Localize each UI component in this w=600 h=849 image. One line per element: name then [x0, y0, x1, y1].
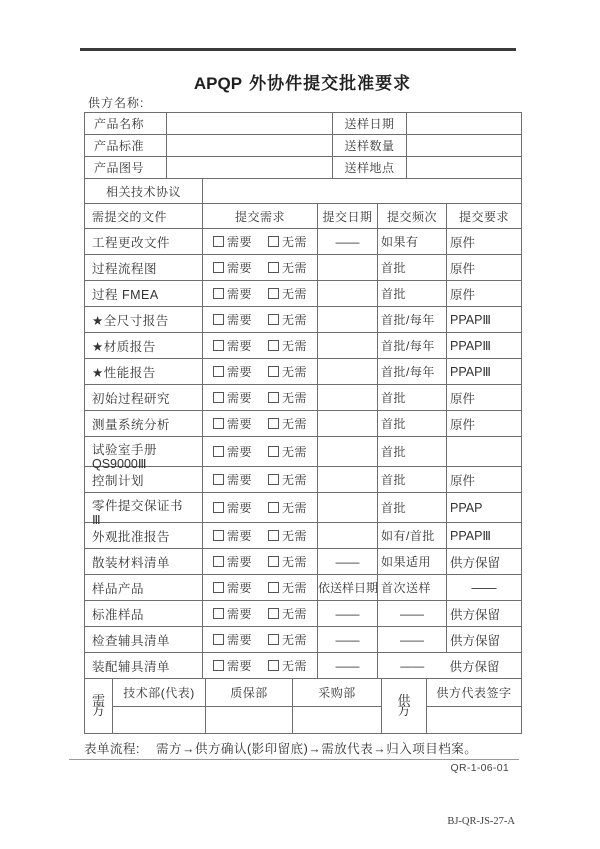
no-need-option[interactable]: 无需 — [268, 287, 307, 301]
submit-date-cell: —— — [318, 549, 378, 575]
qa-dept-label: 质保部 — [206, 679, 293, 707]
submit-date-cell — [318, 333, 378, 359]
document-name-cell: 试验室手册 QS9000Ⅲ — [85, 437, 203, 467]
submit-date-cell — [318, 307, 378, 333]
checkbox-icon[interactable] — [213, 582, 224, 593]
product-drawing-label: 产品图号 — [85, 157, 167, 179]
document-name-cell: 零件提交保证书 Ⅲ — [85, 493, 203, 523]
document-name: 测量系统分析 — [92, 418, 170, 432]
need-label: 需要 — [227, 261, 252, 275]
need-checkbox-cell: 需要无需 — [203, 601, 318, 627]
document-name: ★材质报告 — [92, 340, 156, 354]
document-name: 初始过程研究 — [92, 392, 170, 406]
form-page: APQP外协件提交批准要求 供方名称: 产品名称 送样日期 产品标准 送样数量 … — [0, 0, 600, 849]
submit-requirement-cell: 供方保留 — [447, 601, 522, 627]
document-name: 控制计划 — [92, 474, 144, 488]
submit-requirement-cell: —— — [447, 575, 522, 601]
document-name: 工程更改文件 — [92, 236, 170, 250]
submit-frequency-cell: 首批 — [378, 385, 447, 411]
submit-requirement-cell: 供方保留 — [447, 549, 522, 575]
supplier-signature-cell[interactable] — [427, 707, 522, 734]
document-name-cell: 控制计划 — [85, 467, 203, 493]
tech-dept-label: 技术部(代表) — [113, 679, 206, 707]
checkbox-icon[interactable] — [213, 502, 224, 513]
document-name-cell: 标准样品 — [85, 601, 203, 627]
need-label: 需要 — [227, 659, 252, 673]
document-name: ★全尺寸报告 — [92, 314, 169, 328]
document-name-cell: 散装材料清单 — [85, 549, 203, 575]
no-need-label: 无需 — [282, 555, 307, 569]
checkbox-icon[interactable] — [268, 366, 279, 377]
need-checkbox-cell: 需要无需 — [203, 229, 318, 255]
no-need-option[interactable]: 无需 — [268, 607, 307, 621]
submit-date-cell — [318, 255, 378, 281]
document-name: ★性能报告 — [92, 366, 156, 380]
checkbox-icon[interactable] — [213, 236, 224, 247]
submission-table-body: 工程更改文件 需要无需 —— 如果有 原件 过程流程图 需要无需 首批 原件 过… — [85, 229, 522, 679]
need-label: 需要 — [227, 391, 252, 405]
sample-qty-label: 送样数量 — [333, 135, 407, 157]
submit-requirement-cell: 原件 — [447, 255, 522, 281]
submit-frequency-cell: —— — [378, 601, 447, 627]
checkbox-icon[interactable] — [268, 418, 279, 429]
agreement-table: 相关技术协议 — [84, 178, 522, 204]
need-option[interactable]: 需要 — [213, 391, 252, 405]
need-checkbox-cell: 需要无需 — [203, 385, 318, 411]
no-need-label: 无需 — [282, 261, 307, 275]
document-name-cell: 装配辅具清单 — [85, 653, 203, 679]
checkbox-icon[interactable] — [213, 446, 224, 457]
need-option[interactable]: 需要 — [213, 339, 252, 353]
need-label: 需要 — [227, 313, 252, 327]
sample-qty-input[interactable] — [407, 135, 522, 157]
agreement-input[interactable] — [203, 179, 522, 204]
table-row: 装配辅具清单 需要无需 —— —— 供方保留 — [85, 653, 522, 679]
submit-requirement-cell — [447, 437, 522, 467]
apqp-label: APQP — [194, 74, 242, 93]
sample-date-label: 送样日期 — [333, 113, 407, 135]
need-checkbox-cell: 需要无需 — [203, 307, 318, 333]
form-body: 产品名称 送样日期 产品标准 送样数量 产品图号 送样地点 相关技 — [84, 112, 521, 734]
table-row: 零件提交保证书 Ⅲ 需要无需 首批 PPAP — [85, 493, 522, 523]
submit-date-cell — [318, 493, 378, 523]
document-name: 标准样品 — [92, 608, 144, 622]
checkbox-icon[interactable] — [268, 340, 279, 351]
no-need-option[interactable]: 无需 — [268, 417, 307, 431]
document-name: 外观批准报告 — [92, 530, 170, 544]
submit-requirement-cell: PPAPⅢ — [447, 359, 522, 385]
need-option[interactable]: 需要 — [213, 607, 252, 621]
doc-number: QR-1-06-01 — [69, 762, 509, 774]
no-need-label: 无需 — [282, 607, 307, 621]
product-name-input[interactable] — [167, 113, 333, 135]
need-option[interactable]: 需要 — [213, 529, 252, 543]
need-option[interactable]: 需要 — [213, 365, 252, 379]
document-name-cell: 测量系统分析 — [85, 411, 203, 437]
submit-frequency-cell: 首批 — [378, 255, 447, 281]
need-checkbox-cell: 需要无需 — [203, 575, 318, 601]
submit-requirement-cell: 原件 — [447, 229, 522, 255]
col-header-date: 提交日期 — [318, 204, 378, 229]
need-label: 需要 — [227, 365, 252, 379]
info-row: 产品图号 送样地点 — [85, 157, 522, 179]
flow-note-label: 表单流程: — [84, 742, 140, 756]
checkbox-icon[interactable] — [213, 366, 224, 377]
need-label: 需要 — [227, 235, 252, 249]
need-label: 需要 — [227, 607, 252, 621]
no-need-option[interactable]: 无需 — [268, 365, 307, 379]
need-label: 需要 — [227, 555, 252, 569]
no-need-option[interactable]: 无需 — [268, 581, 307, 595]
checkbox-icon[interactable] — [268, 502, 279, 513]
document-name-cell: 初始过程研究 — [85, 385, 203, 411]
need-option[interactable]: 需要 — [213, 287, 252, 301]
page-title: APQP外协件提交批准要求 — [84, 69, 521, 94]
no-need-label: 无需 — [282, 473, 307, 487]
table-row: ★全尺寸报告 需要无需 首批/每年 PPAPⅢ — [85, 307, 522, 333]
submit-date-cell: —— — [318, 653, 378, 679]
need-option[interactable]: 需要 — [213, 261, 252, 275]
need-checkbox-cell: 需要无需 — [203, 467, 318, 493]
signoff-signature-row — [85, 707, 522, 734]
checkbox-icon[interactable] — [213, 340, 224, 351]
submit-frequency-cell: 首批 — [378, 281, 447, 307]
document-name-cell: 过程流程图 — [85, 255, 203, 281]
need-label: 需要 — [227, 501, 252, 515]
checkbox-icon[interactable] — [213, 608, 224, 619]
no-need-option[interactable]: 无需 — [268, 659, 307, 673]
product-standard-input[interactable] — [167, 135, 333, 157]
checkbox-icon[interactable] — [268, 530, 279, 541]
need-checkbox-cell: 需要无需 — [203, 359, 318, 385]
supply-side-label: 供 方 — [382, 679, 427, 734]
need-checkbox-cell: 需要无需 — [203, 411, 318, 437]
info-table: 产品名称 送样日期 产品标准 送样数量 产品图号 送样地点 — [84, 112, 522, 179]
demand-side-char: 方 — [85, 706, 112, 716]
col-header-documents: 需提交的文件 — [85, 204, 203, 229]
no-need-option[interactable]: 无需 — [268, 445, 307, 459]
no-need-option[interactable]: 无需 — [268, 555, 307, 569]
need-label: 需要 — [227, 633, 252, 647]
checkbox-icon[interactable] — [213, 530, 224, 541]
no-need-label: 无需 — [282, 339, 307, 353]
submit-frequency-cell: 首批/每年 — [378, 333, 447, 359]
no-need-label: 无需 — [282, 235, 307, 249]
need-option[interactable]: 需要 — [213, 581, 252, 595]
need-checkbox-cell: 需要无需 — [203, 437, 318, 467]
signoff-header-row: 需 方 技术部(代表) 质保部 采购部 供 方 供方代表签字 — [85, 679, 522, 707]
form-code: BJ-QR-JS-27-A — [300, 816, 515, 827]
col-header-need: 提交需求 — [203, 204, 318, 229]
need-label: 需要 — [227, 529, 252, 543]
checkbox-icon[interactable] — [268, 262, 279, 273]
need-option[interactable]: 需要 — [213, 235, 252, 249]
need-option[interactable]: 需要 — [213, 417, 252, 431]
document-name: 样品产品 — [92, 582, 144, 596]
product-name-label: 产品名称 — [85, 113, 167, 135]
checkbox-icon[interactable] — [213, 634, 224, 645]
submit-date-cell — [318, 523, 378, 549]
table-row: 试验室手册 QS9000Ⅲ 需要无需 首批 — [85, 437, 522, 467]
submit-date-cell: —— — [318, 229, 378, 255]
info-row: 产品名称 送样日期 — [85, 113, 522, 135]
submit-frequency-cell: 首批 — [378, 467, 447, 493]
submit-date-cell — [318, 467, 378, 493]
checkbox-icon[interactable] — [268, 474, 279, 485]
document-name-cell: ★材质报告 — [85, 333, 203, 359]
no-need-option[interactable]: 无需 — [268, 391, 307, 405]
submit-frequency-cell: 首批 — [378, 411, 447, 437]
need-option[interactable]: 需要 — [213, 633, 252, 647]
document-name-cell: 外观批准报告 — [85, 523, 203, 549]
submit-date-cell: 依送样日期 — [318, 575, 378, 601]
document-name: 装配辅具清单 — [92, 660, 170, 674]
submit-requirement-cell: 供方保留 — [447, 627, 522, 653]
need-checkbox-cell: 需要无需 — [203, 255, 318, 281]
need-checkbox-cell: 需要无需 — [203, 653, 318, 679]
checkbox-icon[interactable] — [213, 418, 224, 429]
need-label: 需要 — [227, 473, 252, 487]
checkbox-icon[interactable] — [268, 392, 279, 403]
checkbox-icon[interactable] — [268, 236, 279, 247]
table-row: 标准样品 需要无需 —— —— 供方保留 — [85, 601, 522, 627]
supply-side-char: 方 — [382, 706, 426, 716]
no-need-label: 无需 — [282, 529, 307, 543]
submit-frequency-cell: —— — [378, 653, 447, 679]
need-checkbox-cell: 需要无需 — [203, 493, 318, 523]
need-checkbox-cell: 需要无需 — [203, 333, 318, 359]
product-drawing-input[interactable] — [167, 157, 333, 179]
document-name: 试验室手册 — [92, 440, 157, 458]
table-row: 外观批准报告 需要无需 如有/首批 PPAPⅢ — [85, 523, 522, 549]
document-name: 零件提交保证书 — [92, 496, 183, 514]
bottom-rule — [69, 759, 519, 760]
no-need-option[interactable]: 无需 — [268, 501, 307, 515]
need-checkbox-cell: 需要无需 — [203, 281, 318, 307]
checkbox-icon[interactable] — [268, 314, 279, 325]
no-need-option[interactable]: 无需 — [268, 339, 307, 353]
submit-requirement-cell: PPAPⅢ — [447, 307, 522, 333]
checkbox-icon[interactable] — [213, 660, 224, 671]
qa-dept-signature-cell[interactable] — [206, 707, 293, 734]
no-need-label: 无需 — [282, 391, 307, 405]
product-standard-label: 产品标准 — [85, 135, 167, 157]
submission-header-row: 需提交的文件 提交需求 提交日期 提交频次 提交要求 — [85, 204, 522, 229]
submission-table: 需提交的文件 提交需求 提交日期 提交频次 提交要求 工程更改文件 需要无需 —… — [84, 203, 522, 679]
table-row: 样品产品 需要无需 依送样日期 首次送样 —— — [85, 575, 522, 601]
need-option[interactable]: 需要 — [213, 473, 252, 487]
submit-frequency-cell: —— — [378, 627, 447, 653]
col-header-frequency: 提交频次 — [378, 204, 447, 229]
need-option[interactable]: 需要 — [213, 313, 252, 327]
col-header-requirement: 提交要求 — [447, 204, 522, 229]
tech-dept-signature-cell[interactable] — [113, 707, 206, 734]
document-name: 过程 FMEA — [92, 288, 159, 302]
submit-date-cell — [318, 359, 378, 385]
top-rule — [80, 48, 516, 51]
no-need-label: 无需 — [282, 581, 307, 595]
signoff-table: 需 方 技术部(代表) 质保部 采购部 供 方 供方代表签字 — [84, 678, 522, 734]
need-checkbox-cell: 需要无需 — [203, 627, 318, 653]
submit-requirement-cell: 原件 — [447, 281, 522, 307]
no-need-label: 无需 — [282, 417, 307, 431]
no-need-label: 无需 — [282, 313, 307, 327]
checkbox-icon[interactable] — [268, 582, 279, 593]
need-label: 需要 — [227, 287, 252, 301]
submit-requirement-cell: PPAPⅢ — [447, 523, 522, 549]
table-row: 过程 FMEA 需要无需 首批 原件 — [85, 281, 522, 307]
table-row: 散装材料清单 需要无需 —— 如果适用 供方保留 — [85, 549, 522, 575]
checkbox-icon[interactable] — [268, 288, 279, 299]
checkbox-icon[interactable] — [213, 556, 224, 567]
checkbox-icon[interactable] — [213, 314, 224, 325]
submit-date-cell — [318, 385, 378, 411]
checkbox-icon[interactable] — [268, 634, 279, 645]
submit-frequency-cell: 如果有 — [378, 229, 447, 255]
submit-frequency-cell: 首批/每年 — [378, 359, 447, 385]
table-row: 过程流程图 需要无需 首批 原件 — [85, 255, 522, 281]
flow-note: 表单流程:需方→供方确认(影印留底)→需放代表→归入项目档案。 — [84, 739, 477, 757]
no-need-option[interactable]: 无需 — [268, 529, 307, 543]
agreement-label: 相关技术协议 — [85, 179, 203, 204]
document-name-cell: ★全尺寸报告 — [85, 307, 203, 333]
submit-frequency-cell: 如有/首批 — [378, 523, 447, 549]
submit-requirement-cell: 原件 — [447, 467, 522, 493]
checkbox-icon[interactable] — [213, 262, 224, 273]
flow-note-text: 需方→供方确认(影印留底)→需放代表→归入项目档案。 — [156, 742, 477, 756]
need-option[interactable]: 需要 — [213, 445, 252, 459]
submit-requirement-cell: 原件 — [447, 411, 522, 437]
submit-frequency-cell: 首批 — [378, 493, 447, 523]
supplier-name-label: 供方名称: — [88, 94, 144, 111]
no-need-option[interactable]: 无需 — [268, 633, 307, 647]
table-row: ★材质报告 需要无需 首批/每年 PPAPⅢ — [85, 333, 522, 359]
table-row: 初始过程研究 需要无需 首批 原件 — [85, 385, 522, 411]
document-name-cell: 过程 FMEA — [85, 281, 203, 307]
table-row: 测量系统分析 需要无需 首批 原件 — [85, 411, 522, 437]
document-name-cell: ★性能报告 — [85, 359, 203, 385]
submit-date-cell — [318, 411, 378, 437]
sample-place-label: 送样地点 — [333, 157, 407, 179]
no-need-option[interactable]: 无需 — [268, 235, 307, 249]
no-need-option[interactable]: 无需 — [268, 261, 307, 275]
purchase-dept-label: 采购部 — [293, 679, 382, 707]
checkbox-icon[interactable] — [213, 474, 224, 485]
document-name-cell: 工程更改文件 — [85, 229, 203, 255]
no-need-option[interactable]: 无需 — [268, 313, 307, 327]
table-row: 检查辅具清单 需要无需 —— —— 供方保留 — [85, 627, 522, 653]
no-need-label: 无需 — [282, 287, 307, 301]
info-row: 产品标准 送样数量 — [85, 135, 522, 157]
document-name-cell: 样品产品 — [85, 575, 203, 601]
submit-frequency-cell: 首批/每年 — [378, 307, 447, 333]
submit-date-cell — [318, 281, 378, 307]
document-name: 检查辅具清单 — [92, 634, 170, 648]
no-need-label: 无需 — [282, 633, 307, 647]
submit-requirement-cell: 供方保留 — [447, 653, 522, 679]
supplier-sign-label: 供方代表签字 — [427, 679, 522, 707]
submit-requirement-cell: PPAPⅢ — [447, 333, 522, 359]
submit-requirement-cell: PPAP — [447, 493, 522, 523]
sample-place-input[interactable] — [407, 157, 522, 179]
demand-side-label: 需 方 — [85, 679, 113, 734]
need-label: 需要 — [227, 581, 252, 595]
document-name: 过程流程图 — [92, 262, 157, 276]
submit-frequency-cell: 首次送样 — [378, 575, 447, 601]
submit-date-cell: —— — [318, 601, 378, 627]
need-option[interactable]: 需要 — [213, 501, 252, 515]
document-name-cell: 检查辅具清单 — [85, 627, 203, 653]
need-label: 需要 — [227, 339, 252, 353]
submit-date-cell: —— — [318, 627, 378, 653]
need-label: 需要 — [227, 417, 252, 431]
no-need-label: 无需 — [282, 501, 307, 515]
no-need-label: 无需 — [282, 445, 307, 459]
checkbox-icon[interactable] — [213, 392, 224, 403]
no-need-label: 无需 — [282, 365, 307, 379]
no-need-label: 无需 — [282, 659, 307, 673]
need-option[interactable]: 需要 — [213, 555, 252, 569]
checkbox-icon[interactable] — [213, 288, 224, 299]
no-need-option[interactable]: 无需 — [268, 473, 307, 487]
checkbox-icon[interactable] — [268, 660, 279, 671]
checkbox-icon[interactable] — [268, 446, 279, 457]
table-row: 工程更改文件 需要无需 —— 如果有 原件 — [85, 229, 522, 255]
submit-date-cell — [318, 437, 378, 467]
document-name: 散装材料清单 — [92, 556, 170, 570]
need-label: 需要 — [227, 445, 252, 459]
submit-requirement-cell: 原件 — [447, 385, 522, 411]
checkbox-icon[interactable] — [268, 608, 279, 619]
table-row: 控制计划 需要无需 首批 原件 — [85, 467, 522, 493]
checkbox-icon[interactable] — [268, 556, 279, 567]
need-checkbox-cell: 需要无需 — [203, 523, 318, 549]
purchase-dept-signature-cell[interactable] — [293, 707, 382, 734]
table-row: ★性能报告 需要无需 首批/每年 PPAPⅢ — [85, 359, 522, 385]
need-checkbox-cell: 需要无需 — [203, 549, 318, 575]
sample-date-input[interactable] — [407, 113, 522, 135]
submit-frequency-cell: 首批 — [378, 437, 447, 467]
title-text: 外协件提交批准要求 — [249, 74, 411, 93]
need-option[interactable]: 需要 — [213, 659, 252, 673]
agreement-row: 相关技术协议 — [85, 179, 522, 204]
submit-frequency-cell: 如果适用 — [378, 549, 447, 575]
